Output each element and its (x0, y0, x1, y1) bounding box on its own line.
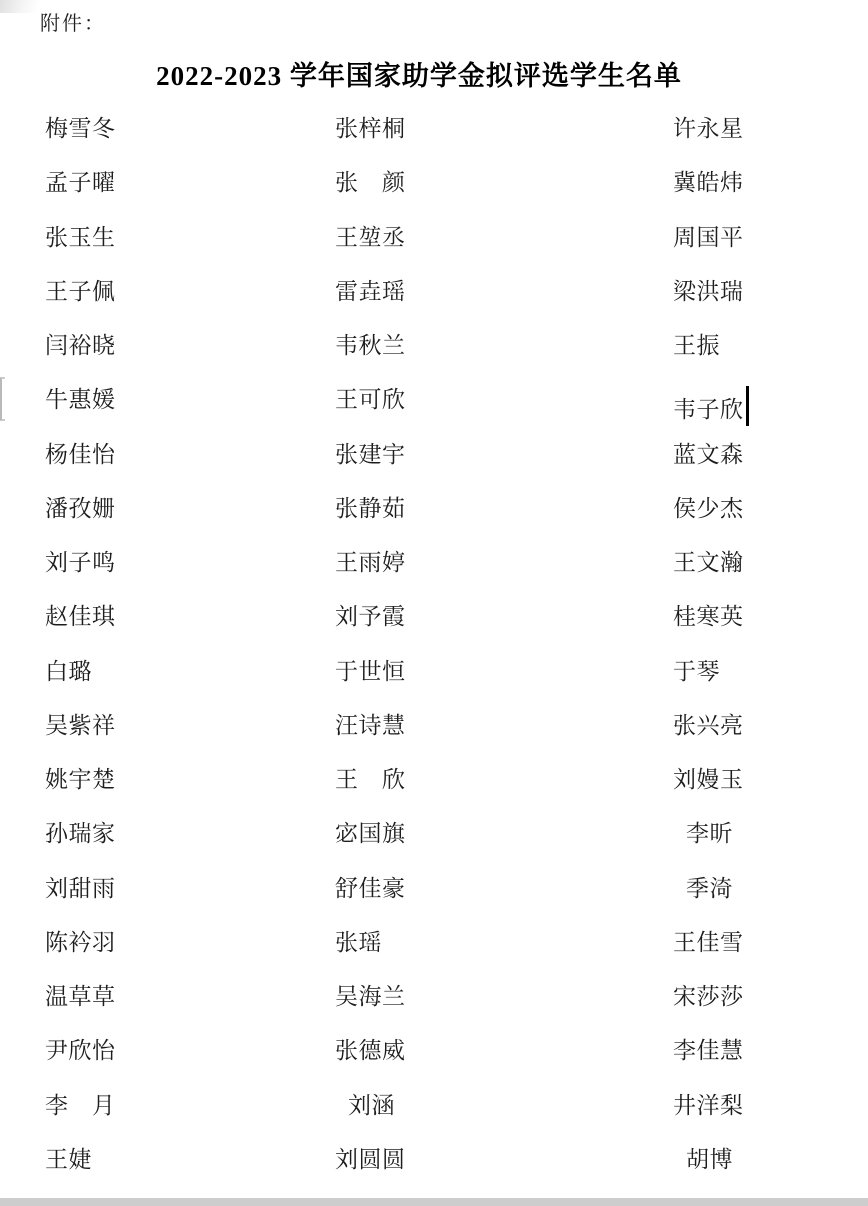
student-name[interactable]: 王佳雪 (673, 929, 744, 956)
student-name[interactable]: 王文瀚 (673, 549, 744, 576)
student-name[interactable]: 梅雪冬 (45, 115, 116, 142)
student-name[interactable]: 李 月 (45, 1092, 116, 1119)
student-name[interactable]: 孙瑞家 (45, 820, 116, 847)
student-name[interactable]: 王子佩 (45, 278, 116, 305)
student-name[interactable]: 韦秋兰 (335, 332, 406, 359)
student-name[interactable]: 雷垚瑶 (335, 278, 406, 305)
student-name[interactable]: 王婕 (45, 1146, 92, 1173)
student-name[interactable]: 胡博 (686, 1146, 733, 1173)
student-name[interactable]: 汪诗慧 (335, 712, 406, 739)
student-name[interactable]: 季渏 (686, 875, 733, 902)
student-name[interactable]: 张玉生 (45, 224, 116, 251)
student-name[interactable]: 张建宇 (335, 441, 406, 468)
student-name[interactable]: 王 欣 (335, 766, 406, 793)
student-name[interactable]: 井洋梨 (673, 1092, 744, 1119)
student-name[interactable]: 蓝文森 (673, 441, 744, 468)
student-name[interactable]: 韦子欣 (673, 386, 749, 426)
student-name[interactable]: 桂寒英 (673, 603, 744, 630)
student-name[interactable]: 白璐 (45, 658, 92, 685)
student-name[interactable]: 刘子鸣 (45, 549, 116, 576)
student-name[interactable]: 姚宇楚 (45, 766, 116, 793)
student-name[interactable]: 于琴 (673, 658, 720, 685)
student-roster: 梅雪冬张梓桐许永星孟子曜张 颜冀皓炜张玉生王堃丞周国平王子佩雷垚瑶梁洪瑞闫裕晓韦… (0, 0, 868, 1206)
student-name[interactable]: 吴紫祥 (45, 712, 116, 739)
student-name[interactable]: 杨佳怡 (45, 441, 116, 468)
student-name[interactable]: 陈衿羽 (45, 929, 116, 956)
student-name[interactable]: 张瑶 (335, 929, 382, 956)
student-name[interactable]: 吴海兰 (335, 983, 406, 1010)
page-bottom-edge (0, 1198, 868, 1206)
student-name[interactable]: 刘涵 (348, 1092, 395, 1119)
student-name[interactable]: 刘嫚玉 (673, 766, 744, 793)
student-name[interactable]: 周国平 (673, 224, 744, 251)
student-name[interactable]: 张 颜 (335, 169, 406, 196)
student-name[interactable]: 侯少杰 (673, 495, 744, 522)
student-name[interactable]: 王雨婷 (335, 549, 406, 576)
student-name[interactable]: 刘圆圆 (335, 1146, 406, 1173)
student-name[interactable]: 闫裕晓 (45, 332, 116, 359)
student-name[interactable]: 赵佳琪 (45, 603, 116, 630)
student-name[interactable]: 张德威 (335, 1037, 406, 1064)
student-name[interactable]: 王振 (673, 332, 720, 359)
student-name[interactable]: 孟子曜 (45, 169, 116, 196)
student-name[interactable]: 刘予霞 (335, 603, 406, 630)
student-name[interactable]: 潘孜姗 (45, 495, 116, 522)
student-name[interactable]: 舒佳豪 (335, 875, 406, 902)
student-name[interactable]: 李佳慧 (673, 1037, 744, 1064)
document-page[interactable]: 附件： 2022-2023 学年国家助学金拟评选学生名单 梅雪冬张梓桐许永星孟子… (0, 0, 868, 1206)
student-name[interactable]: 张梓桐 (335, 115, 406, 142)
text-cursor (746, 386, 749, 426)
student-name[interactable]: 李昕 (686, 820, 733, 847)
student-name[interactable]: 冀皓炜 (673, 169, 744, 196)
student-name[interactable]: 张静茹 (335, 495, 406, 522)
student-name[interactable]: 张兴亮 (673, 712, 744, 739)
student-name[interactable]: 宋莎莎 (673, 983, 744, 1010)
student-name[interactable]: 于世恒 (335, 658, 406, 685)
student-name[interactable]: 温草草 (45, 983, 116, 1010)
left-margin-marker (0, 377, 5, 421)
student-name[interactable]: 许永星 (673, 115, 744, 142)
student-name[interactable]: 尹欣怡 (45, 1037, 116, 1064)
student-name[interactable]: 梁洪瑞 (673, 278, 744, 305)
student-name[interactable]: 宓国旗 (335, 820, 406, 847)
student-name[interactable]: 王堃丞 (335, 224, 406, 251)
student-name[interactable]: 刘甜雨 (45, 875, 116, 902)
student-name[interactable]: 牛惠媛 (45, 386, 116, 413)
student-name[interactable]: 王可欣 (335, 386, 406, 413)
